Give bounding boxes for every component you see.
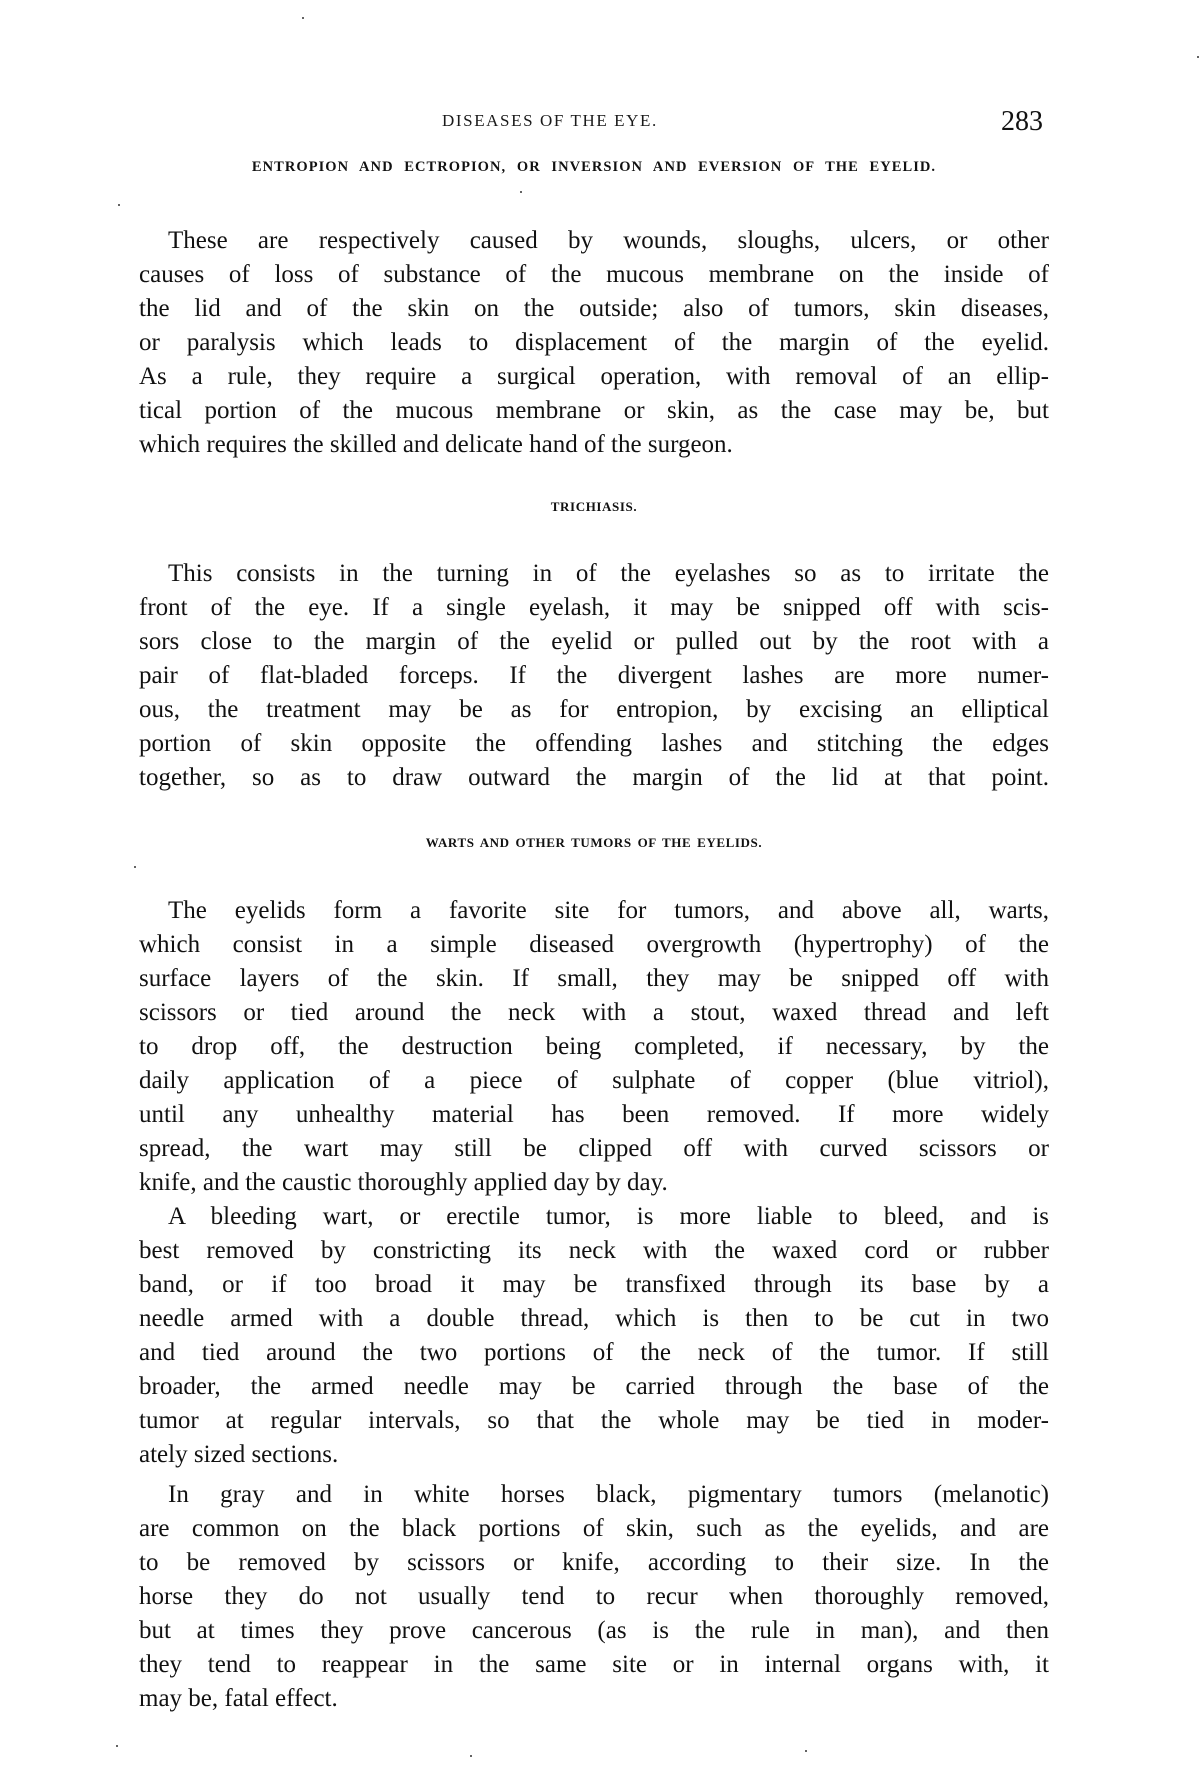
scan-speck [118, 204, 120, 206]
paragraph-bleeding-wart: A bleeding wart, or erectile tumor, is m… [139, 1200, 1049, 1472]
text-line: broader, the armed needle may be carried… [139, 1370, 1049, 1404]
section-heading-warts: WARTS AND OTHER TUMORS OF THE EYELIDS. [138, 835, 1050, 851]
section-heading-entropion: ENTROPION AND ECTROPION, OR INVERSION AN… [138, 159, 1050, 176]
text-line: tical portion of the mucous membrane or … [139, 394, 1049, 428]
scan-speck [805, 1750, 807, 1752]
scan-speck [134, 866, 136, 868]
text-line: and tied around the two portions of the … [139, 1336, 1049, 1370]
scan-speck [302, 17, 304, 19]
paragraph-entropion: These are respectively caused by wounds,… [139, 224, 1049, 462]
text-line: causes of loss of substance of the mucou… [139, 258, 1049, 292]
text-line: together, so as to draw outward the marg… [139, 761, 1049, 795]
text-line: pair of flat-bladed forceps. If the dive… [139, 659, 1049, 693]
text-line: front of the eye. If a single eyelash, i… [139, 591, 1049, 625]
text-line: the lid and of the skin on the outside; … [139, 292, 1049, 326]
scan-speck [470, 1755, 472, 1757]
text-line: A bleeding wart, or erectile tumor, is m… [139, 1200, 1049, 1234]
text-line: which requires the skilled and delicate … [139, 428, 1049, 462]
text-line: to drop off, the destruction being compl… [139, 1030, 1049, 1064]
text-line: tumor at regular intervals, so that the … [139, 1404, 1049, 1438]
book-page: DISEASES OF THE EYE. 283 ENTROPION AND E… [0, 0, 1200, 1767]
section-heading-trichiasis: TRICHIASIS. [138, 499, 1050, 515]
paragraph-melanotic: In gray and in white horses black, pigme… [139, 1478, 1049, 1716]
paragraph-warts: The eyelids form a favorite site for tum… [139, 894, 1049, 1200]
scan-speck [520, 191, 522, 193]
text-line: best removed by constricting its neck wi… [139, 1234, 1049, 1268]
text-line: As a rule, they require a surgical opera… [139, 360, 1049, 394]
scan-speck [1197, 56, 1199, 58]
text-line: are common on the black portions of skin… [139, 1512, 1049, 1546]
page-number: 283 [1001, 106, 1043, 138]
text-line: needle armed with a double thread, which… [139, 1302, 1049, 1336]
text-line: In gray and in white horses black, pigme… [139, 1478, 1049, 1512]
text-line: spread, the wart may still be clipped of… [139, 1132, 1049, 1166]
text-line: surface layers of the skin. If small, th… [139, 962, 1049, 996]
text-line: ous, the treatment may be as for entropi… [139, 693, 1049, 727]
text-line: but at times they prove cancerous (as is… [139, 1614, 1049, 1648]
text-line: These are respectively caused by wounds,… [139, 224, 1049, 258]
text-line: The eyelids form a favorite site for tum… [139, 894, 1049, 928]
text-line: which consist in a simple diseased overg… [139, 928, 1049, 962]
text-line: to be removed by scissors or knife, acco… [139, 1546, 1049, 1580]
text-line: ately sized sections. [139, 1438, 1049, 1472]
paragraph-trichiasis: This consists in the turning in of the e… [139, 557, 1049, 795]
text-line: band, or if too broad it may be transfix… [139, 1268, 1049, 1302]
text-line: they tend to reappear in the same site o… [139, 1648, 1049, 1682]
scan-speck [116, 1745, 118, 1747]
text-line: This consists in the turning in of the e… [139, 557, 1049, 591]
text-line: may be, fatal effect. [139, 1682, 1049, 1716]
text-line: sors close to the margin of the eyelid o… [139, 625, 1049, 659]
text-line: or paralysis which leads to displacement… [139, 326, 1049, 360]
text-line: portion of skin opposite the offending l… [139, 727, 1049, 761]
text-line: scissors or tied around the neck with a … [139, 996, 1049, 1030]
text-line: horse they do not usually tend to recur … [139, 1580, 1049, 1614]
text-line: daily application of a piece of sulphate… [139, 1064, 1049, 1098]
running-title: DISEASES OF THE EYE. [442, 111, 658, 131]
text-line: until any unhealthy material has been re… [139, 1098, 1049, 1132]
text-line: knife, and the caustic thoroughly applie… [139, 1166, 1049, 1200]
running-head: DISEASES OF THE EYE. 283 [0, 106, 1200, 136]
